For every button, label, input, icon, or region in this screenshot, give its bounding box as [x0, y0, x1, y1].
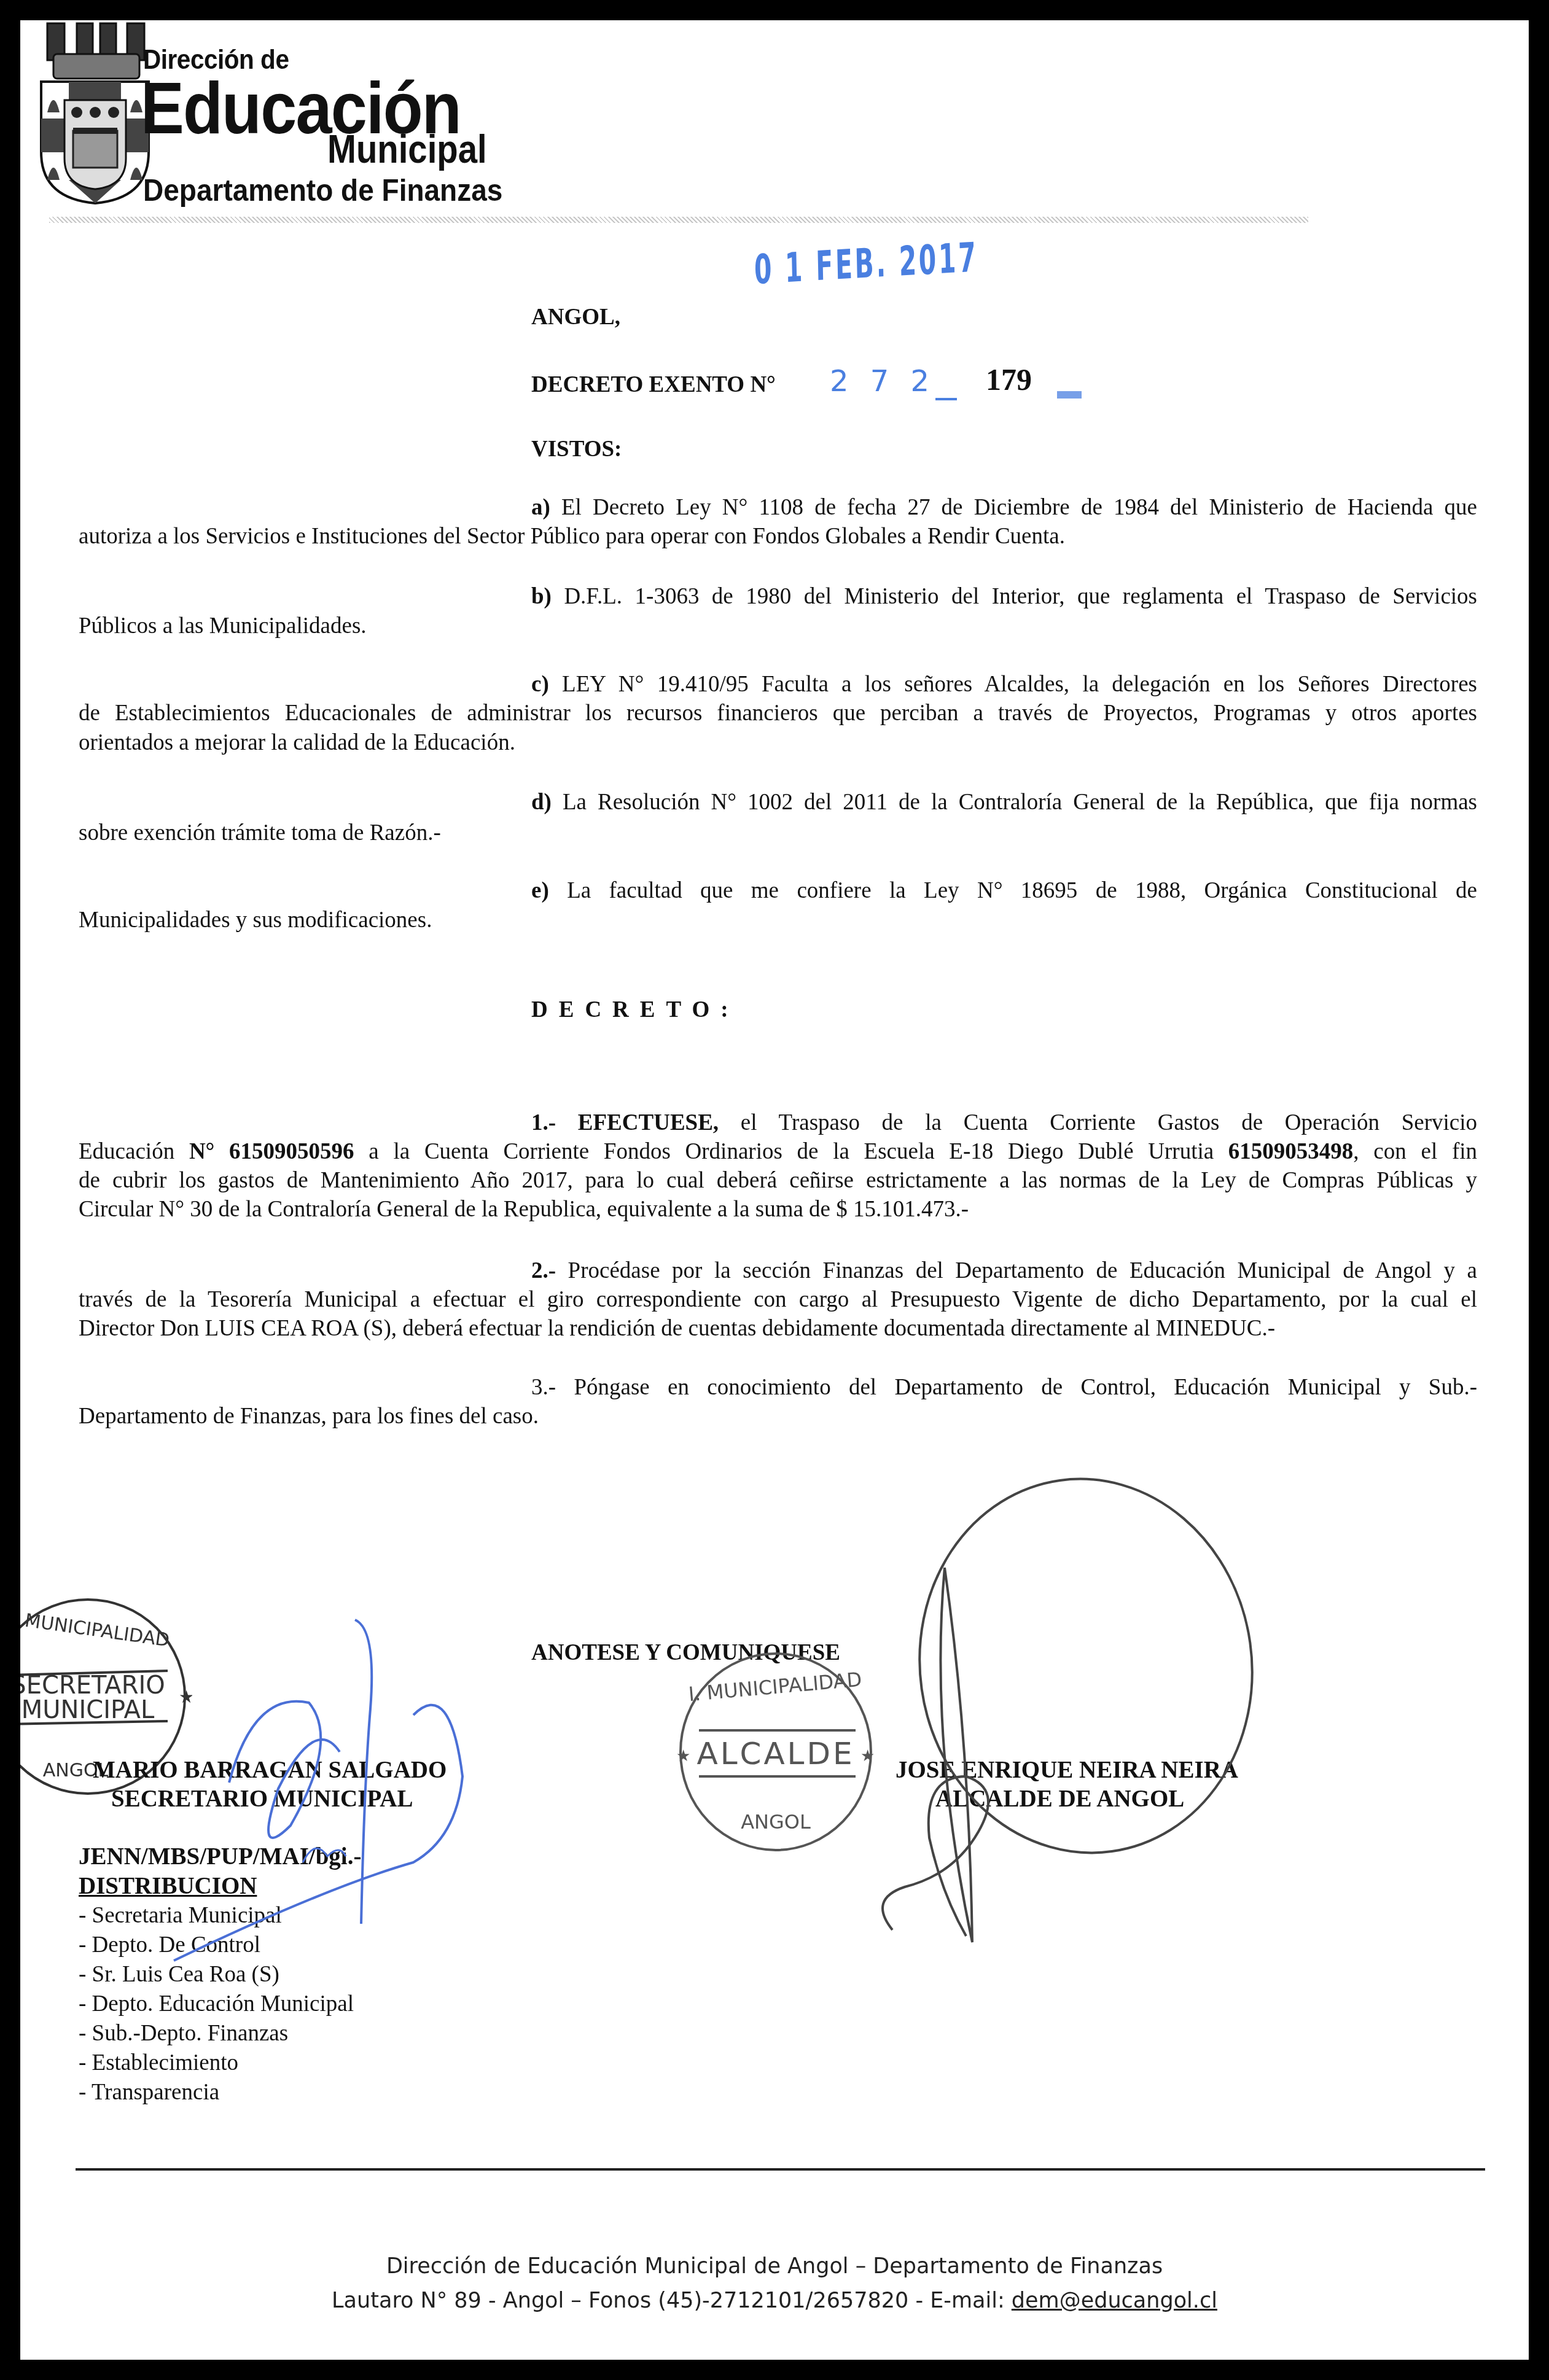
article-1-keyword: EFECTUESE,: [578, 1110, 719, 1135]
visto-c-text: LEY N° 19.410/95 Faculta a los señores A…: [562, 672, 1477, 697]
visto-a-first-line: a) El Decreto Ley N° 1108 de fecha 27 de…: [531, 493, 1477, 522]
footer-divider: [76, 2168, 1485, 2171]
visto-d-continuation: sobre exención trámite toma de Razón.-: [79, 819, 441, 847]
visto-b-letter: b): [531, 584, 552, 609]
article-1-text: el Traspaso de la Cuenta Corriente Gasto…: [741, 1110, 1477, 1135]
article-2-line-3: Director Don LUIS CEA ROA (S), deberá ef…: [79, 1314, 1275, 1343]
vistos-title: VISTOS:: [531, 435, 622, 464]
article-3-text: Póngase en conocimiento del Departamento…: [574, 1375, 1477, 1400]
svg-text:ALCALDE: ALCALDE: [696, 1736, 854, 1771]
decree-number-stamp: 2 7 2: [830, 364, 935, 399]
visto-d-first-line: d) La Resolución N° 1002 del 2011 de la …: [531, 788, 1477, 817]
distribution-item: - Sub.-Depto. Finanzas: [79, 2019, 354, 2048]
distribution-title: DISTRIBUCION: [79, 1872, 257, 1900]
footer-line-2: Lautaro N° 89 - Angol – Fonos (45)-27121…: [20, 2289, 1529, 2313]
city-label: ANGOL,: [531, 303, 620, 332]
article-1-first-line: 1.- EFECTUESE, el Traspaso de la Cuenta …: [531, 1108, 1477, 1137]
visto-a-continuation: autoriza a los Servicios e Instituciones…: [79, 522, 1065, 551]
initials: JENN/MBS/PUP/MAI/bgi.-: [79, 1843, 361, 1870]
svg-text:ANGOL: ANGOL: [741, 1810, 811, 1834]
visto-b-text: D.F.L. 1-3063 de 1980 del Ministerio del…: [564, 584, 1477, 609]
mayor-seal: ALCALDE I. MUNICIPALIDAD ANGOL ★ ★: [671, 1647, 880, 1856]
destination-account-number: 61509053498: [1228, 1139, 1354, 1164]
visto-b-first-line: b) D.F.L. 1-3063 de 1980 del Ministerio …: [531, 582, 1477, 611]
mayor-title: ALCALDE DE ANGOL: [935, 1784, 1184, 1814]
secretary-name: MARIO BARRAGAN SALGADO: [93, 1756, 447, 1785]
footer-address: Lautaro N° 89 - Angol – Fonos (45)-27121…: [332, 2289, 1012, 2313]
footer-line-1: Dirección de Educación Municipal de Ango…: [20, 2254, 1529, 2279]
article-2-number: 2.-: [531, 1258, 556, 1283]
distribution-item: - Sr. Luis Cea Roa (S): [79, 1960, 354, 1989]
visto-a-text: El Decreto Ley N° 1108 de fecha 27 de Di…: [561, 495, 1477, 520]
visto-c-first-line: c) LEY N° 19.410/95 Faculta a los señore…: [531, 670, 1477, 699]
visto-d-text: La Resolución N° 1002 del 2011 de la Con…: [563, 790, 1477, 815]
svg-text:★: ★: [860, 1747, 875, 1765]
distribution-item: - Depto. Educación Municipal: [79, 1989, 354, 2019]
svg-text:I. MUNICIPALIDAD: I. MUNICIPALIDAD: [20, 1608, 171, 1652]
visto-c-continuation-2: orientados a mejorar la calidad de la Ed…: [79, 728, 515, 757]
article-3-line-2: Departamento de Finanzas, para los fines…: [79, 1402, 539, 1431]
article-3-number: 3.-: [531, 1375, 556, 1400]
visto-c-continuation-1: de Establecimientos Educacionales de adm…: [79, 699, 1477, 728]
decree-label: DECRETO EXENTO N°: [531, 370, 776, 399]
visto-d-letter: d): [531, 790, 552, 815]
svg-text:MUNICIPAL: MUNICIPAL: [21, 1696, 155, 1724]
svg-text:I. MUNICIPALIDAD: I. MUNICIPALIDAD: [687, 1668, 862, 1706]
header-line-3: Municipal: [327, 130, 487, 169]
visto-e-first-line: e) La facultad que me confiere la Ley N°…: [531, 876, 1477, 905]
visto-e-letter: e): [531, 878, 549, 903]
article-1-line-3: de cubrir los gastos de Mantenimiento Añ…: [79, 1166, 1477, 1195]
article-1-line-4: Circular N° 30 de la Contraloría General…: [79, 1195, 969, 1224]
distribution-item: - Transparencia: [79, 2078, 354, 2107]
svg-text:★: ★: [676, 1747, 690, 1765]
visto-e-continuation: Municipalidades y sus modificaciones.: [79, 906, 432, 935]
decree-number-stamp-underscore: [935, 398, 957, 400]
decree-number: 179: [986, 362, 1032, 397]
distribution-list: - Secretaria Municipal - Depto. De Contr…: [79, 1901, 354, 2107]
article-3-first-line: 3.- Póngase en conocimiento del Departam…: [531, 1373, 1477, 1402]
mayor-name: JOSE ENRIQUE NEIRA NEIRA: [895, 1756, 1238, 1785]
secretary-title: SECRETARIO MUNICIPAL: [111, 1784, 413, 1814]
header-divider: [49, 217, 1308, 223]
article-2-text: Procédase por la sección Finanzas del De…: [568, 1258, 1477, 1283]
distribution-item: - Establecimiento: [79, 2048, 354, 2078]
date-stamp: 0 1 FEB. 2017: [754, 234, 978, 294]
footer-email-link[interactable]: dem@educangol.cl: [1012, 2289, 1217, 2313]
header-line-4: Departamento de Finanzas: [143, 175, 502, 206]
article-2-line-2: través de la Tesorería Municipal a efect…: [79, 1285, 1477, 1314]
distribution-item: - Depto. De Control: [79, 1931, 354, 1960]
visto-b-continuation: Públicos a las Municipalidades.: [79, 612, 367, 640]
svg-text:★: ★: [179, 1688, 192, 1707]
source-account-number: N° 61509050596: [189, 1139, 354, 1164]
decreto-heading: DECRETO:: [531, 997, 739, 1023]
document-page: Dirección de Educación Municipal Departa…: [20, 20, 1529, 2360]
visto-c-letter: c): [531, 672, 549, 697]
stamp-fragment: [1057, 391, 1082, 399]
visto-a-letter: a): [531, 495, 550, 520]
distribution-item: - Secretaria Municipal: [79, 1901, 354, 1931]
article-1-number: 1.-: [531, 1110, 556, 1135]
article-1-line-2: Educación N° 61509050596 a la Cuenta Cor…: [79, 1137, 1477, 1166]
visto-e-text: La facultad que me confiere la Ley N° 18…: [567, 878, 1477, 903]
article-2-first-line: 2.- Procédase por la sección Finanzas de…: [531, 1256, 1477, 1285]
